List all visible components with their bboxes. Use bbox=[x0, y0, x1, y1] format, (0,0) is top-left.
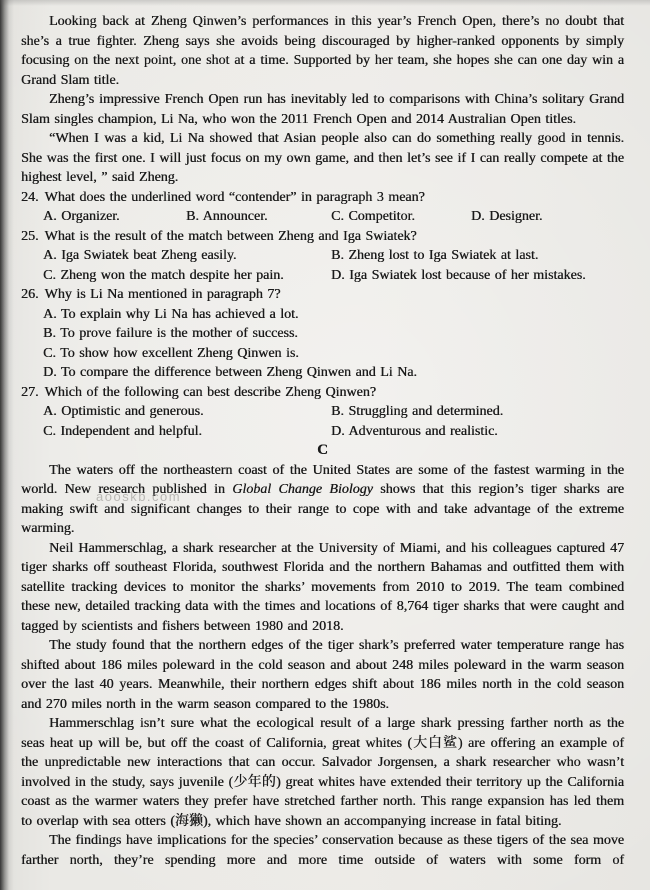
questions-block: 24.What does the underlined word “conten… bbox=[21, 188, 624, 442]
question-26-text: Why is Li Na mentioned in paragraph 7? bbox=[45, 285, 625, 305]
passage-c-paragraph-4: Hammerschlag isn’t sure what the ecologi… bbox=[21, 714, 624, 831]
passage-b: Looking back at Zheng Qinwen’s performan… bbox=[21, 12, 624, 188]
question-27-option-d: D. Adventurous and realistic. bbox=[331, 422, 624, 442]
passage-c-paragraph-1: The waters off the northeastern coast of… bbox=[21, 461, 624, 539]
question-27-number: 27. bbox=[21, 383, 45, 403]
question-24-option-c: C. Competitor. bbox=[331, 207, 471, 227]
question-25-option-c: C. Zheng won the match despite her pain. bbox=[43, 266, 331, 286]
question-27-text: Which of the following can best describe… bbox=[45, 383, 625, 403]
question-25-number: 25. bbox=[21, 227, 45, 247]
passage-c-paragraph-2: Neil Hammerschlag, a shark researcher at… bbox=[21, 539, 624, 637]
passage-c-paragraph-5: The findings have implications for the s… bbox=[21, 831, 624, 870]
exam-page: aooskb.com Looking back at Zheng Qinwen’… bbox=[0, 0, 650, 890]
question-26-option-c: C. To show how excellent Zheng Qinwen is… bbox=[43, 344, 624, 364]
question-27: 27.Which of the following can best descr… bbox=[21, 383, 624, 442]
question-24-option-a: A. Organizer. bbox=[43, 207, 186, 227]
question-27-stem: 27.Which of the following can best descr… bbox=[21, 383, 624, 403]
passage-c: The waters off the northeastern coast of… bbox=[21, 461, 624, 871]
text-segment: The study found that the northern edges … bbox=[21, 638, 624, 712]
question-24-option-b: B. Announcer. bbox=[186, 207, 331, 227]
question-26-number: 26. bbox=[21, 285, 45, 305]
question-24-number: 24. bbox=[21, 188, 45, 208]
question-25-stem: 25.What is the result of the match betwe… bbox=[21, 227, 624, 247]
passage-b-paragraph-1: Looking back at Zheng Qinwen’s performan… bbox=[21, 12, 624, 90]
question-26: 26.Why is Li Na mentioned in paragraph 7… bbox=[21, 285, 624, 383]
question-26-stem: 26.Why is Li Na mentioned in paragraph 7… bbox=[21, 285, 624, 305]
page-content: Looking back at Zheng Qinwen’s performan… bbox=[0, 0, 650, 870]
passage-c-paragraph-3: The study found that the northern edges … bbox=[21, 636, 624, 714]
passage-b-paragraph-2: Zheng’s impressive French Open run has i… bbox=[21, 90, 624, 129]
question-25: 25.What is the result of the match betwe… bbox=[21, 227, 624, 286]
question-27-option-c: C. Independent and helpful. bbox=[43, 422, 331, 442]
question-24: 24.What does the underlined word “conten… bbox=[21, 188, 624, 227]
question-26-option-d: D. To compare the difference between Zhe… bbox=[43, 363, 624, 383]
question-27-option-a: A. Optimistic and generous. bbox=[43, 402, 331, 422]
question-24-option-d: D. Designer. bbox=[471, 207, 624, 227]
question-25-option-a: A. Iga Swiatek beat Zheng easily. bbox=[43, 246, 331, 266]
question-27-option-b: B. Struggling and determined. bbox=[331, 402, 624, 422]
section-c-header: C bbox=[21, 441, 624, 461]
question-24-stem: 24.What does the underlined word “conten… bbox=[21, 188, 624, 208]
question-26-option-b: B. To prove failure is the mother of suc… bbox=[43, 324, 624, 344]
passage-b-paragraph-3: “When I was a kid, Li Na showed that Asi… bbox=[21, 129, 624, 188]
question-24-text: What does the underlined word “contender… bbox=[45, 188, 625, 208]
question-25-option-d: D. Iga Swiatek lost because of her mista… bbox=[331, 266, 624, 286]
text-segment: Neil Hammerschlag, a shark researcher at… bbox=[21, 541, 624, 634]
text-segment: Hammerschlag isn’t sure what the ecologi… bbox=[21, 716, 624, 829]
question-25-option-b: B. Zheng lost to Iga Swiatek at last. bbox=[331, 246, 624, 266]
question-24-options: A. Organizer.B. Announcer.C. Competitor.… bbox=[21, 207, 624, 227]
question-26-option-a: A. To explain why Li Na has achieved a l… bbox=[43, 305, 624, 325]
question-26-options: A. To explain why Li Na has achieved a l… bbox=[21, 305, 624, 383]
question-25-text: What is the result of the match between … bbox=[45, 227, 625, 247]
text-segment: The findings have implications for the s… bbox=[21, 833, 624, 868]
question-27-options: A. Optimistic and generous.B. Struggling… bbox=[21, 402, 624, 441]
question-25-options: A. Iga Swiatek beat Zheng easily.B. Zhen… bbox=[21, 246, 624, 285]
journal-title-italic: Global Change Biology bbox=[232, 482, 373, 497]
